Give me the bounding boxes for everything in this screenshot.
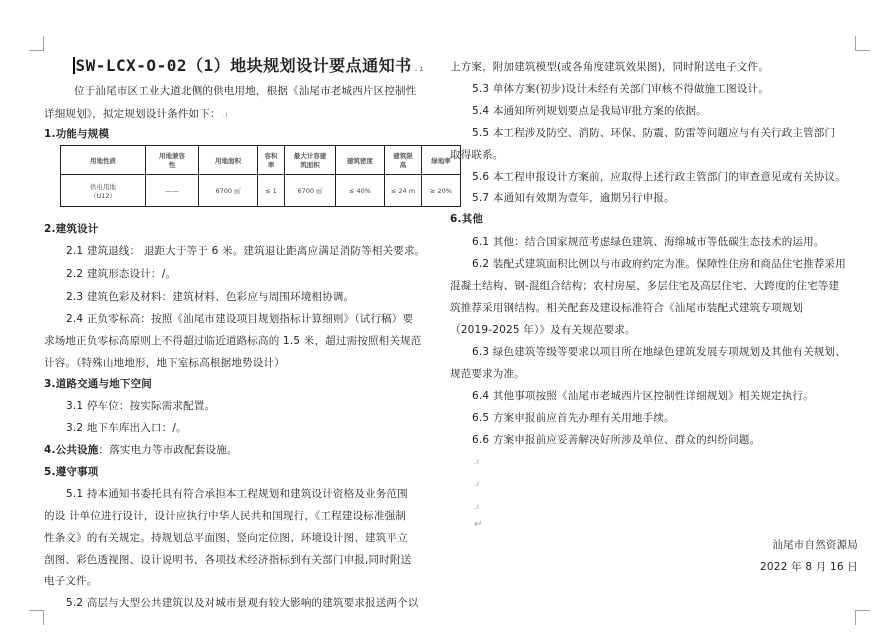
intro-line-1[interactable]: 位于汕尾市区工业大道北侧的供电用地，根据《汕尾市老城西片区控制性 [74,84,416,98]
paragraph-6-2-line-2[interactable]: 混凝土结构、钢-混组合结构；农村房屋、多层住宅及高层住宅、大跨度的住宅等建 [450,279,839,293]
table-header-cell-line: 容积 [265,152,278,160]
page-corner-mark-top-left [29,36,44,51]
land-use-spec-table: 用地性质 用地兼容性 用地面积 容积率 最大计容建筑面积 建筑密度 建筑限高 绿… [60,145,461,207]
table-cell: ≤ 1 [258,175,285,207]
section-heading-4: 4.公共设施 [44,444,99,456]
section-4-text: ：落实电力等市政配套设施。 [99,444,238,456]
paragraph-5-1-line-5[interactable]: 电子文件。 [44,574,98,588]
return-arrow-icon[interactable]: ↵ [474,518,483,532]
paragraph-5-5-line-1[interactable]: 5.5 本工程涉及防空、消防、环保、防震、防雷等问题应与有关行政主管部门 [472,126,835,140]
paragraph-5-4[interactable]: 5.4 本通知所列规划要点是我局审批方案的依据。 [472,104,707,118]
empty-paragraph-mark[interactable]: .ı [474,455,479,469]
section-heading-3: 3.道路交通与地下空间 [44,377,152,391]
section-heading-6: 6.其他 [450,212,483,226]
paragraph-2-1[interactable]: 2.1 建筑退线： 退距大于等于 6 米。建筑退让距离应满足消防等相关要求。 [66,244,425,258]
table-cell-line: （U12） [90,192,116,200]
paragraph-2-2[interactable]: 2.2 建筑形态设计：/。 [66,267,176,281]
paragraph-mark: .ı [223,110,228,119]
intro-line-2-text: 详细规划》，拟定规划设计条件如下： [44,108,221,120]
paragraph-6-4[interactable]: 6.4 其他事项按照《汕尾市老城西片区控制性详细规划》相关规定执行。 [472,389,814,403]
paragraph-2-3[interactable]: 2.3 建筑色彩及材料：建筑材料、色彩应与周围环境相协调。 [66,290,354,304]
page-corner-mark-bottom-right [855,610,870,625]
paragraph-5-1-line-4[interactable]: 剖图、彩色透视图、设计说明书、各项技术经济指标到有关部门申报,同时附送 [44,553,411,567]
table-cell: —— [146,175,199,207]
paragraph-5-7[interactable]: 5.7 本通知有效期为壹年，逾期另行申报。 [472,191,675,205]
table-header-cell: 用地性质 [61,146,146,175]
table-header-row: 用地性质 用地兼容性 用地面积 容积率 最大计容建筑面积 建筑密度 建筑限高 绿… [61,146,461,175]
paragraph-6-2-line-1[interactable]: 6.2 装配式建筑面积比例以与市政府约定为准。保障性住房和商品住宅推荐采用 [472,257,846,271]
page-corner-mark-top-right [855,36,870,51]
paragraph-6-6[interactable]: 6.6 方案申报前应妥善解决好所涉及单位、群众的纠纷问题。 [472,433,760,447]
table-cell-line: 供电用地 [90,183,116,191]
paragraph-mark: .ı [414,64,425,73]
table-header-cell-line: 性 [169,161,176,169]
section-heading-1: 1.功能与规模 [44,127,109,141]
paragraph-2-4-line-3[interactable]: 计容。（特殊山地地形，地下室标高根据地势设计） [44,356,285,370]
empty-paragraph-mark[interactable]: .ı [474,500,479,514]
document-title[interactable]: SW-LCX-O-02（1）地块规划设计要点通知书.ı [73,53,424,76]
table-cell: ≥ 20% [422,175,461,207]
table-cell: ≤ 40% [336,175,385,207]
table-header-cell: 建筑密度 [336,146,385,175]
section-4[interactable]: 4.公共设施：落实电力等市政配套设施。 [44,443,238,457]
section-heading-2: 2.建筑设计 [44,222,99,236]
table-header-cell-line: 用地兼容 [159,152,185,160]
paragraph-5-2-line-2[interactable]: 上方案，附加建筑模型(或各角度建筑效果图)，同时附送电子文件。 [450,60,769,74]
paragraph-6-5[interactable]: 6.5 方案申报前应首先办理有关用地手续。 [472,411,675,425]
table-header-cell: 容积率 [258,146,285,175]
document-title-text: SW-LCX-O-02（1）地块规划设计要点通知书 [76,56,412,75]
issuer-signature[interactable]: 汕尾市自然资源局 [700,538,858,552]
text-cursor [73,57,75,74]
table-header-cell: 用地兼容性 [146,146,199,175]
paragraph-3-1[interactable]: 3.1 停车位：按实际需求配置。 [66,399,215,413]
table-header-cell: 最大计容建筑面积 [285,146,336,175]
intro-line-2[interactable]: 详细规划》，拟定规划设计条件如下：.ı [44,107,228,122]
paragraph-5-1-line-2[interactable]: 的设 计单位进行设计，设计应执行中华人民共和国现行，《工程建设标准强制 [44,509,406,523]
table-header-cell: 用地面积 [199,146,258,175]
paragraph-5-2-line-1[interactable]: 5.2 高层与大型公共建筑以及对城市景观有较大影响的建筑要求报送两个以 [66,596,419,610]
paragraph-6-2-line-4[interactable]: （2019-2025 年）》及有关规范要求。 [450,323,636,337]
table-cell: 6700 ㎡ [285,175,336,207]
section-heading-5: 5.遵守事项 [44,465,99,479]
paragraph-5-1-line-1[interactable]: 5.1 持本通知书委托具有符合承担本工程规划和建筑设计资格及业务范围 [66,487,408,501]
paragraph-2-4-line-1[interactable]: 2.4 正负零标高：按照《汕尾市建设项目规划指标计算细则》（试行稿）要 [66,312,413,326]
paragraph-6-3-line-1[interactable]: 6.3 绿色建筑等级等要求以项目所在地绿色建筑发展专项规划及其他有关规划、 [472,345,846,359]
table-header-cell-line: 筑面积 [300,161,320,169]
paragraph-5-1-line-3[interactable]: 性条文》的有关规定。持规划总平面图、竖向定位图、环境设计图、建筑平立 [44,531,408,545]
table-cell: 供电用地（U12） [61,175,146,207]
empty-paragraph-mark[interactable]: .ı [474,477,479,491]
page-corner-mark-bottom-left [29,610,44,625]
paragraph-6-3-line-2[interactable]: 规范要求为准。 [450,367,525,381]
table-row: 供电用地（U12） —— 6700 ㎡ ≤ 1 6700 ㎡ ≤ 40% ≤ 2… [61,175,461,207]
paragraph-6-2-line-3[interactable]: 筑推荐采用钢结构。相关配套及建设标准符合《汕尾市装配式建筑专项规划 [450,301,803,315]
paragraph-2-4-line-2[interactable]: 求场地正负零标高原则上不得超过临近道路标高的 1.5 米，超过需按照相关规范 [44,334,421,348]
paragraph-5-3[interactable]: 5.3 单体方案(初步)设计未经有关部门审核不得做施工图设计。 [472,82,769,96]
paragraph-6-1[interactable]: 6.1 其他：结合国家规范考虑绿色建筑、海绵城市等低碳生态技术的运用。 [472,235,825,249]
table-header-cell-line: 最大计容建 [294,152,327,160]
table-cell: 6700 ㎡ [199,175,258,207]
table-header-cell-line: 率 [268,161,275,169]
table-header-cell-line: 高 [400,161,407,169]
paragraph-5-6[interactable]: 5.6 本工程申报设计方案前，应取得上述行政主管部门的审查意见或有关协议。 [472,170,846,184]
table-cell: ≤ 24 m [385,175,422,207]
table-header-cell: 建筑限高 [385,146,422,175]
paragraph-5-5-line-2[interactable]: 取得联系。 [450,148,504,162]
issue-date[interactable]: 2022 年 8 月 16 日 [700,560,858,574]
paragraph-3-2[interactable]: 3.2 地下车库出入口：/。 [66,421,187,435]
table-header-cell-line: 建筑限 [393,152,413,160]
